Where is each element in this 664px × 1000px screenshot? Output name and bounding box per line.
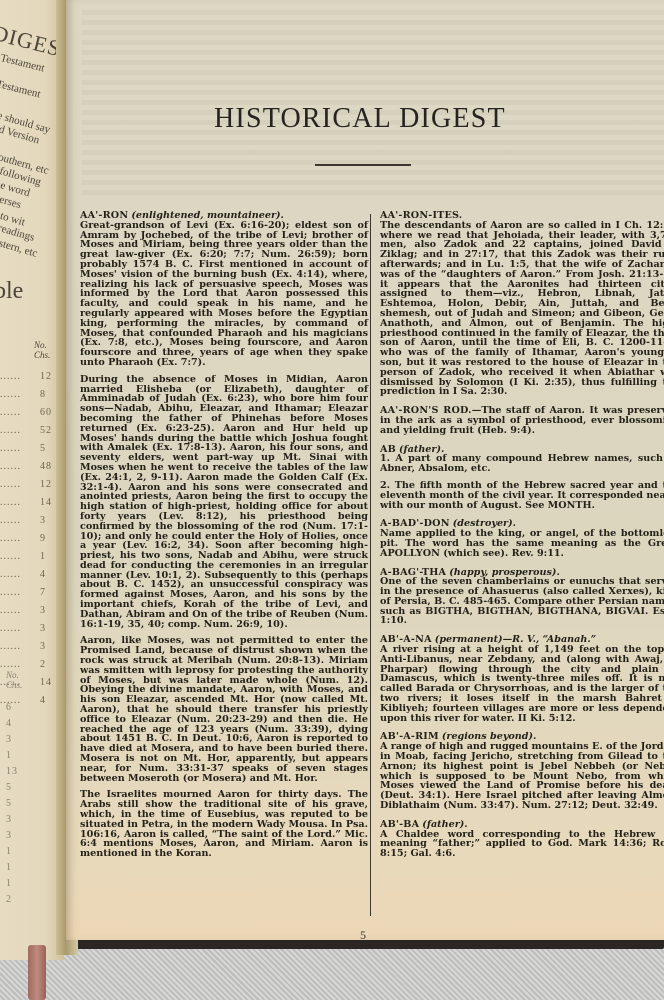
entry-paragraph: AB'-BA (father).A Chaldee word correspon… [380,820,664,859]
chapter-count: 1 [40,548,52,566]
entry-paragraph: AB'-A-NA (permanent)—R. V., “Abanah.”A r… [380,635,664,723]
entry-paragraph: A-BAG'-THA (happy, prosperous).One of th… [380,568,664,627]
entry-text: 1. A part of many compound Hebrew names,… [380,453,664,474]
chapter-count: 12 [40,476,52,494]
chapter-count-label: No. Chs. [6,670,26,690]
chapter-count: 1 [6,876,18,892]
page-title: HISTORICAL DIGEST [214,103,506,135]
entry-paragraph: 2. The fifth month of the Hebrew sacred … [380,481,664,510]
entry-text: A Chaldee word corresponding to the Hebr… [380,829,664,860]
chapter-count-list: 64311355331112 [6,700,18,908]
chapter-count: 3 [6,732,18,748]
dictionary-entry: AA'-RON (enlightened, mountaineer).Great… [80,211,368,859]
chapter-count: 48 [40,458,52,476]
entry-paragraph: AB'-A-RIM (regions beyond).A range of hi… [380,732,664,810]
entry-paragraph: AB (father).1. A part of many compound H… [380,445,664,474]
entry-paragraph: AA'-RON-ITES.The descendants of Aaron ar… [380,211,664,397]
entry-text: One of the seven chamberlains or eunuchs… [380,576,664,626]
entry-text: A river rising at a height of 1,149 feet… [380,644,664,724]
chapter-count: 1 [6,844,18,860]
chapter-count: 13 [6,764,18,780]
entry-text: Name applied to the king, or angel, of t… [380,528,664,559]
chapter-count: 3 [40,620,52,638]
previous-page-edge: DIGEST Testament Testament he should say… [0,0,64,960]
chapter-count: 5 [40,440,52,458]
dictionary-entry: AB'-BA (father).A Chaldee word correspon… [380,820,664,859]
previous-page-dot-leaders: ...... ...... ...... ...... ...... .....… [0,368,21,710]
dictionary-entry: AB'-A-RIM (regions beyond).A range of hi… [380,732,664,810]
dictionary-entry: AA'-RON'S ROD.—The staff of Aaron. It wa… [380,406,664,435]
entry-text: Aaron, like Moses, was not permitted to … [80,635,368,783]
dictionary-entry: AB'-A-NA (permanent)—R. V., “Abanah.”A r… [380,635,664,723]
entry-paragraph: A-BAD'-DON (destroyer).Name applied to t… [380,519,664,558]
dictionary-entry: AB (father).1. A part of many compound H… [380,445,664,511]
chapter-count: 1 [6,748,18,764]
chapter-count: 3 [6,812,18,828]
entry-paragraph: The Israelites mourned Aaron for thirty … [80,790,368,859]
column-divider [370,214,371,916]
chapter-count: 3 [40,602,52,620]
entry-paragraph: AA'-RON (enlightened, mountaineer).Great… [80,211,368,368]
chapter-count: 4 [40,692,52,710]
chapter-count-list: 12860525481214391473332144 [40,368,52,710]
chapter-count: 7 [40,584,52,602]
chapter-count: 3 [40,512,52,530]
bookmark-ribbon [28,945,46,1000]
dictionary-entry: A-BAG'-THA (happy, prosperous).One of th… [380,568,664,627]
dictionary-entry: AA'-RON-ITES.The descendants of Aaron ar… [380,211,664,397]
previous-page-heading-fragment: ble [0,278,23,305]
chapter-count: 14 [40,674,52,692]
chapter-count: 5 [6,796,18,812]
photo-scene: DIGEST Testament Testament he should say… [0,0,664,1000]
entry-text: 2. The fifth month of the Hebrew sacred … [380,480,664,511]
chapter-count: 1 [6,860,18,876]
chapter-count: 6 [6,700,18,716]
entry-text: A range of high and rugged mountains E. … [380,741,664,811]
entry-paragraph: AA'-RON'S ROD.—The staff of Aaron. It wa… [380,406,664,435]
chapter-count: 2 [40,656,52,674]
chapter-count: 4 [6,716,18,732]
entry-text: The Israelites mourned Aaron for thirty … [80,789,368,859]
chapter-count: 3 [40,638,52,656]
chapter-count: 52 [40,422,52,440]
book-page: HISTORICAL DIGEST AA'-RON (enlightened, … [66,0,664,940]
chapter-count: 5 [6,780,18,796]
chapter-count: 12 [40,368,52,386]
chapter-count: 4 [40,566,52,584]
right-column: AA'-RON-ITES.The descendants of Aaron ar… [380,211,664,868]
chapter-count: 14 [40,494,52,512]
chapter-count-label: No. Chs. [34,340,54,360]
entry-text: Great-grandson of Levi (Ex. 6:16-20); el… [80,220,368,368]
chapter-count: 8 [40,386,52,404]
chapter-count: 2 [6,892,18,908]
page-number: 5 [360,928,366,943]
dictionary-entry: A-BAD'-DON (destroyer).Name applied to t… [380,519,664,558]
chapter-count: 60 [40,404,52,422]
entry-text: The descendants of Aaron are so called i… [380,220,664,398]
chapter-count: 9 [40,530,52,548]
entry-text: During the absence of Moses in Midian, A… [80,374,368,630]
entry-paragraph: During the absence of Moses in Midian, A… [80,375,368,630]
entry-paragraph: Aaron, like Moses, was not permitted to … [80,636,368,783]
left-column: AA'-RON (enlightened, mountaineer).Great… [80,211,368,868]
previous-page-line: Testament [0,78,42,101]
title-rule [315,164,411,166]
table-surface [0,945,664,1000]
chapter-count: 3 [6,828,18,844]
